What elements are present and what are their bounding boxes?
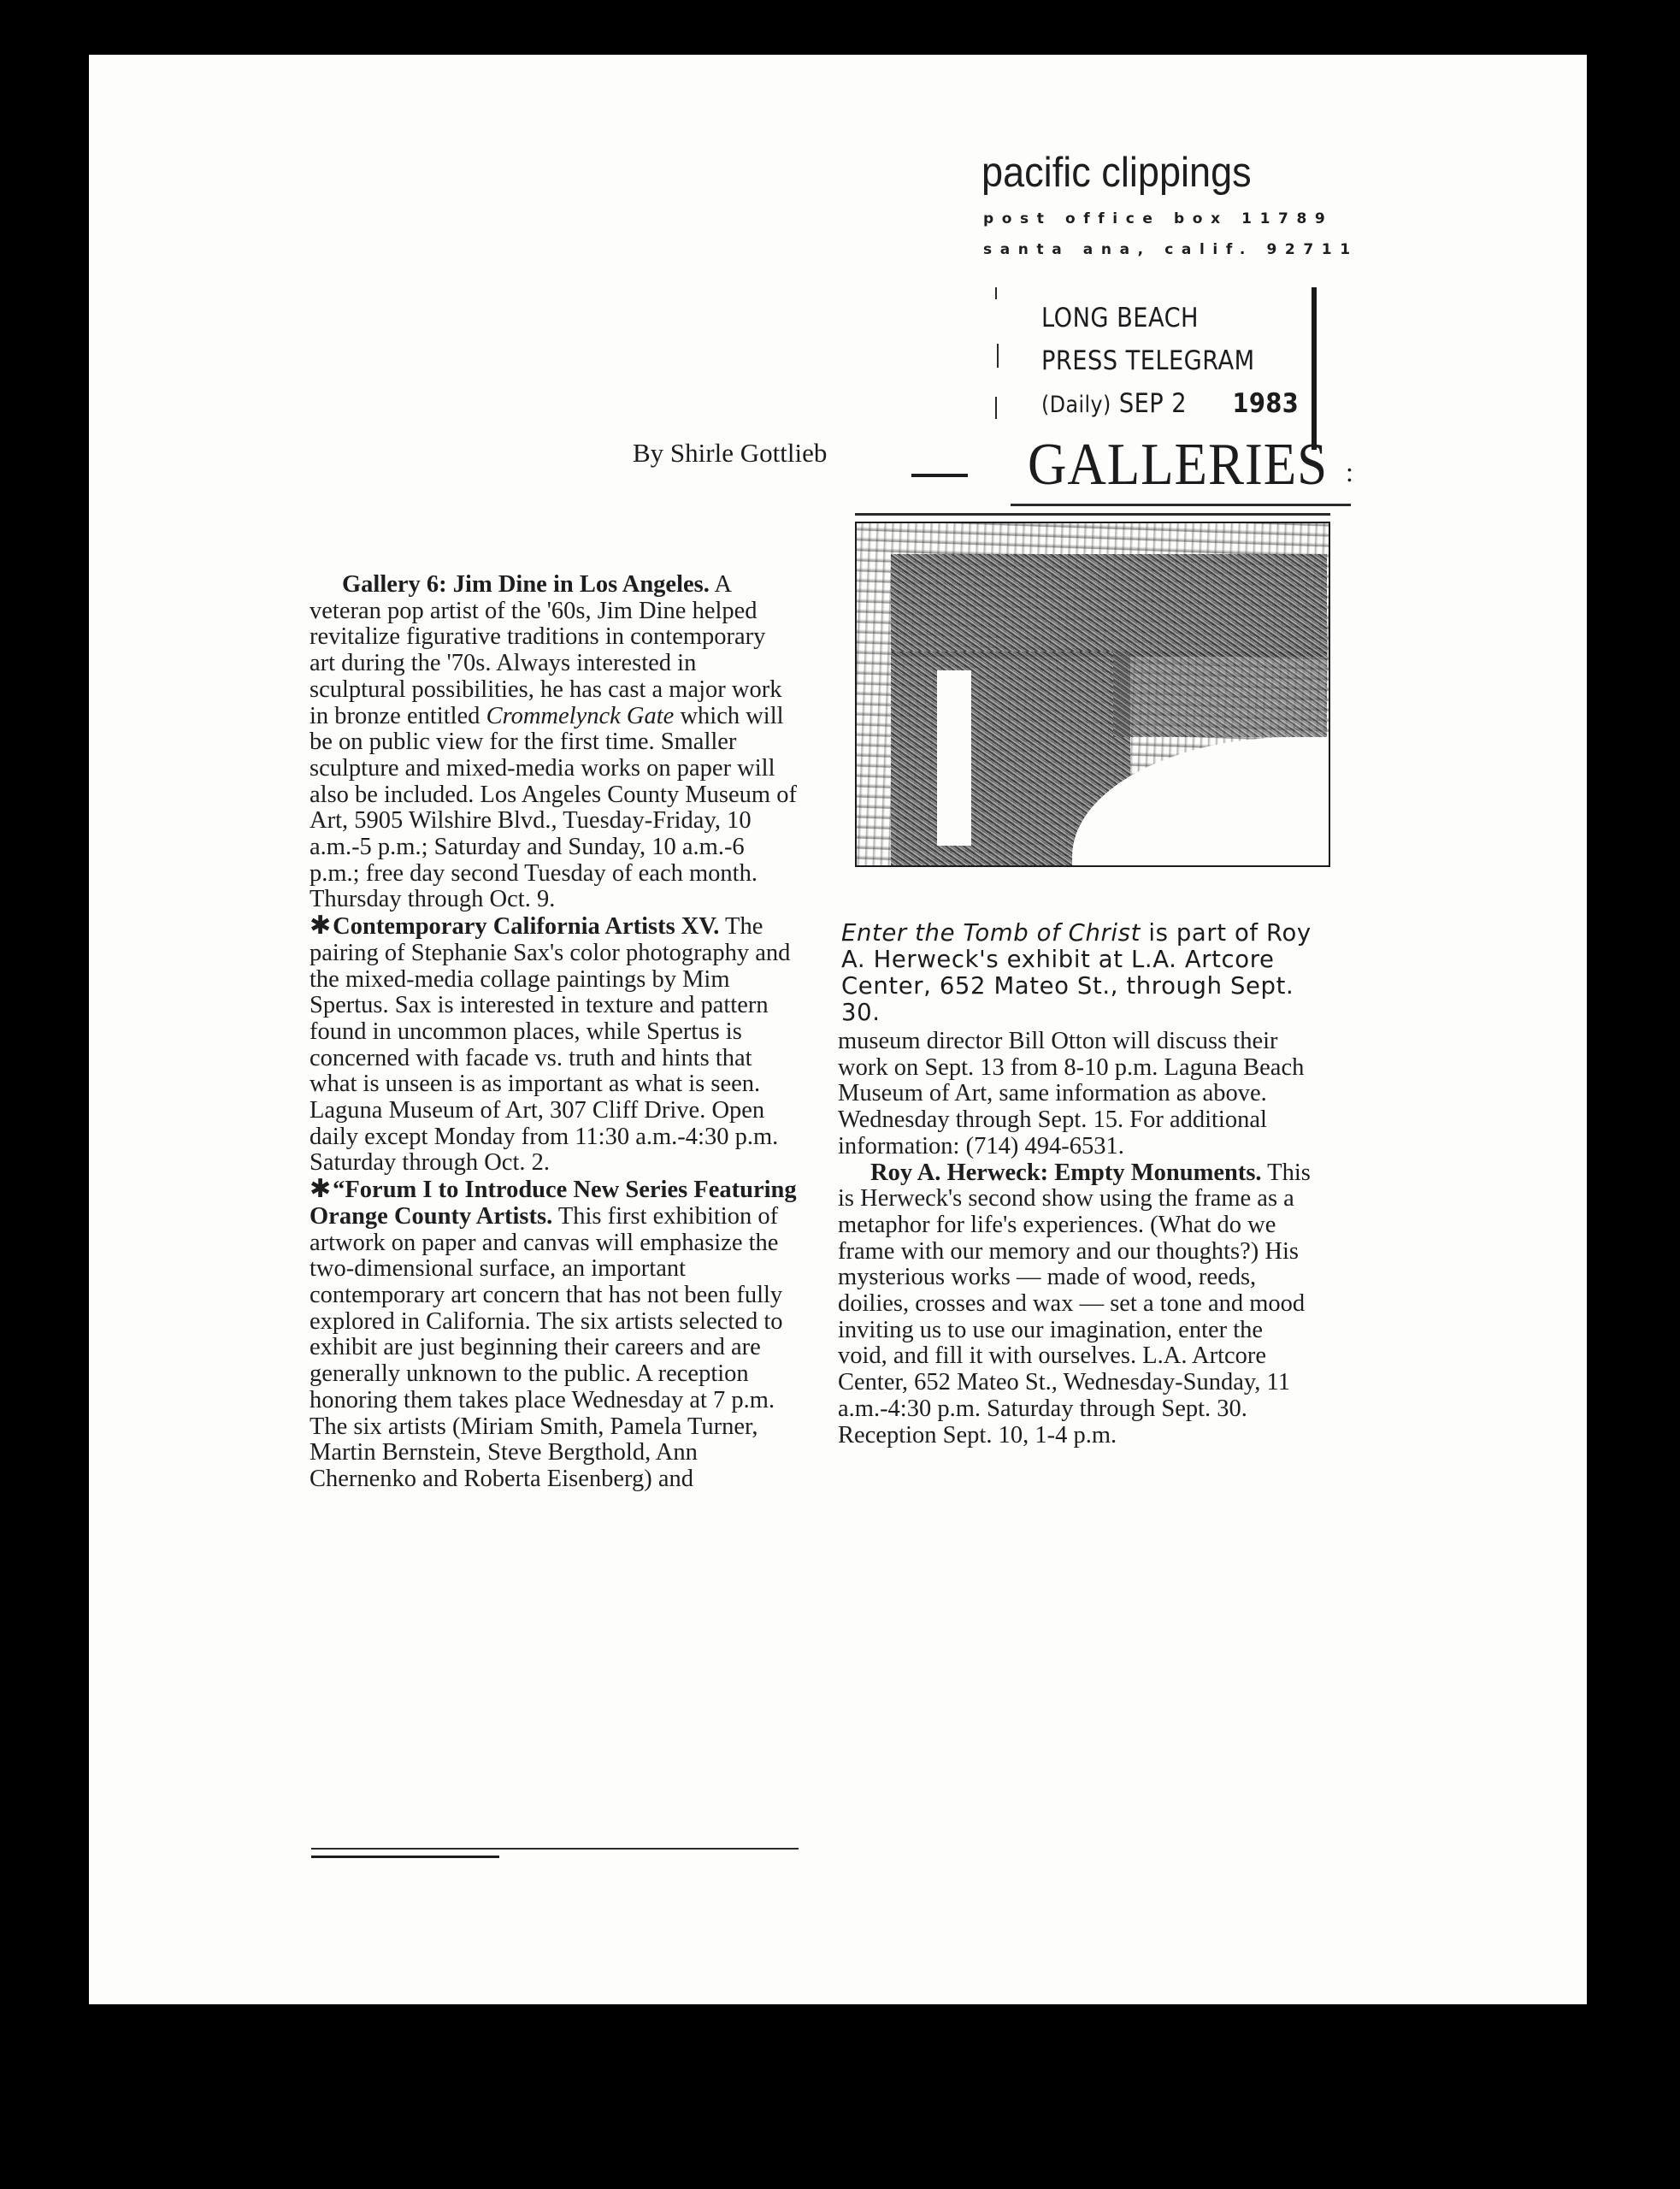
listing-forum-i: ✱“Forum I to Introduce New Series Featur… (309, 1177, 797, 1492)
photo-top-rule (855, 513, 1330, 516)
photo-texture-mid (1113, 652, 1327, 737)
listing-heading: Roy A. Herweck: Empty Monuments. (870, 1159, 1262, 1186)
listing-forum-i-continued: museum director Bill Otton will discuss … (838, 1029, 1317, 1160)
listing-roy-herweck: Roy A. Herweck: Empty Monuments. This is… (838, 1160, 1317, 1449)
clipping-service-address-line2: santa ana, calif. 92711 (983, 241, 1359, 258)
stamp-tick-mark (995, 287, 997, 299)
article-column-right: museum director Bill Otton will discuss … (838, 1029, 1317, 1449)
listing-body: This is Herweck's second show using the … (838, 1159, 1311, 1449)
source-publication-line1: LONG BEACH (1041, 303, 1199, 333)
asterisk-annotation-icon: ✱ (309, 1174, 331, 1204)
listing-body: This first exhibition of artwork on pape… (309, 1203, 783, 1492)
article-column-left: Gallery 6: Jim Dine in Los Angeles. A ve… (309, 572, 797, 1493)
listing-body: which will be on public view for the fir… (309, 703, 797, 913)
section-title: GALLERIES (1028, 431, 1328, 499)
source-publication-line2: PRESS TELEGRAM (1041, 345, 1255, 376)
stamp-tick-mark (997, 344, 999, 368)
photo-caption: Enter the Tomb of Christ is part of Roy … (841, 920, 1320, 1026)
listing-contemporary-california-artists: ✱Contemporary California Artists XV. The… (309, 913, 797, 1177)
section-colon: : (1346, 457, 1353, 488)
photo-texture-top (891, 554, 1327, 657)
artwork-title: Crommelynck Gate (486, 703, 675, 729)
photo-highlight-post (937, 670, 971, 846)
listing-jim-dine: Gallery 6: Jim Dine in Los Angeles. A ve… (309, 572, 797, 913)
column-end-rule (311, 1848, 799, 1850)
clipping-service-name: pacific clippings (981, 149, 1252, 197)
artwork-photo (855, 522, 1330, 867)
section-underline (1011, 504, 1351, 506)
listing-heading: Gallery 6: Jim Dine in Los Angeles. (342, 571, 710, 598)
edition-label: (Daily) (1041, 392, 1111, 418)
section-dash-rule (911, 474, 968, 477)
asterisk-annotation-icon: ✱ (309, 911, 331, 941)
newspaper-clipping-page: pacific clippings post office box 11789 … (89, 55, 1587, 2004)
stamp-tick-mark (995, 397, 997, 419)
publication-year: 1983 (1233, 388, 1300, 419)
clipping-service-address-line1: post office box 11789 (983, 210, 1333, 227)
stamp-border-bar (1312, 287, 1317, 450)
listing-heading: Contemporary California Artists XV. (333, 913, 719, 940)
publication-date: SEP 2 (1119, 388, 1187, 419)
byline: By Shirle Gottlieb (633, 438, 827, 469)
listing-body: The pairing of Stephanie Sax's color pho… (309, 913, 790, 1176)
column-end-rule-short (311, 1856, 499, 1858)
source-publication-dateline: (Daily) SEP 2 1983 (1041, 388, 1299, 419)
caption-artwork-title: Enter the Tomb of Christ (841, 919, 1141, 947)
